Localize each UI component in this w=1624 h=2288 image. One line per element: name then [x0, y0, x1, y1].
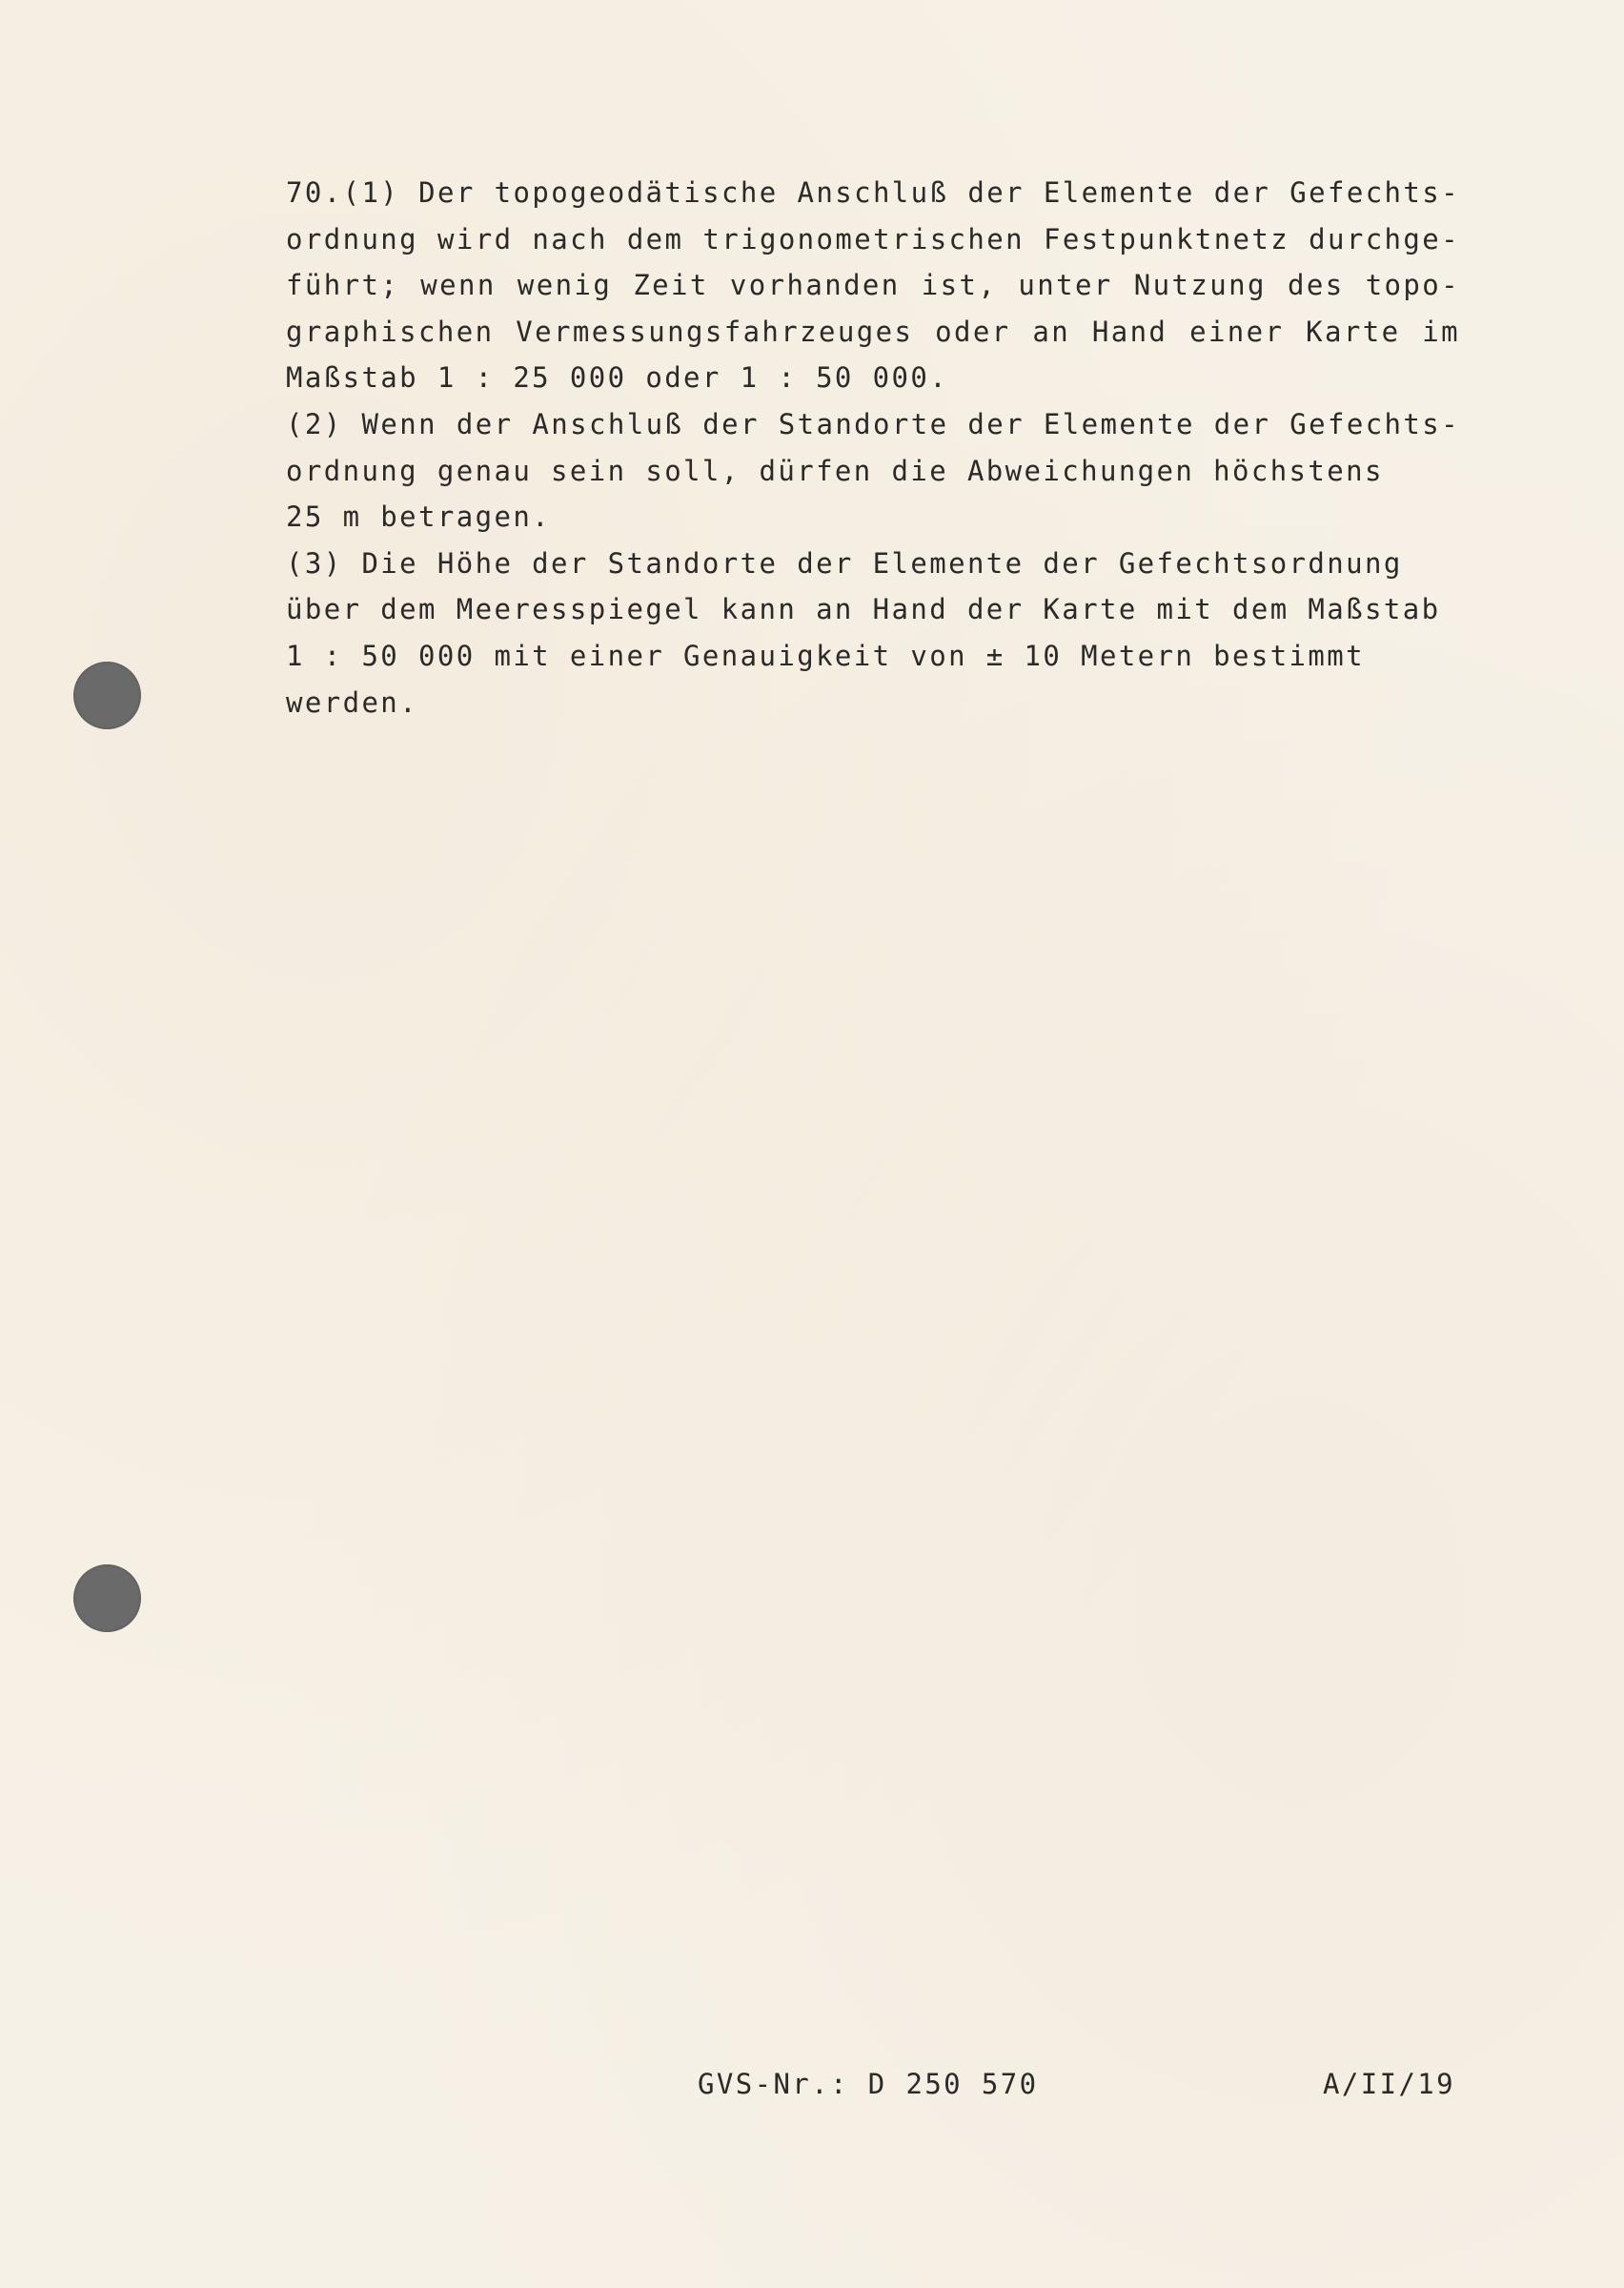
- text-line: über dem Meeresspiegel kann an Hand der …: [286, 586, 1460, 633]
- text-line: führt; wenn wenig Zeit vorhanden ist, un…: [286, 262, 1460, 309]
- text-line: werden.: [286, 680, 1460, 726]
- document-body: 70.(1) Der topogeodätische Anschluß der …: [286, 170, 1460, 725]
- page-footer: GVS-Nr.: D 250 570 A/II/19: [0, 2063, 1624, 2105]
- text-line: ordnung genau sein soll, dürfen die Abwe…: [286, 448, 1460, 495]
- text-line: Maßstab 1 : 25 000 oder 1 : 50 000.: [286, 355, 1460, 401]
- text-line: (3) Die Höhe der Standorte der Elemente …: [286, 541, 1460, 587]
- text-line: ordnung wird nach dem trigonometrischen …: [286, 216, 1460, 263]
- punch-hole-bottom: [73, 1564, 141, 1632]
- text-line: graphischen Vermessungsfahrzeuges oder a…: [286, 309, 1460, 356]
- text-line: (2) Wenn der Anschluß der Standorte der …: [286, 401, 1460, 448]
- page-reference: A/II/19: [1323, 2063, 1455, 2105]
- document-number: GVS-Nr.: D 250 570: [698, 2063, 1038, 2105]
- text-line: 1 : 50 000 mit einer Genauigkeit von ± 1…: [286, 633, 1460, 680]
- text-line: 25 m betragen.: [286, 494, 1460, 541]
- text-line: 70.(1) Der topogeodätische Anschluß der …: [286, 170, 1460, 216]
- punch-hole-top: [73, 662, 141, 729]
